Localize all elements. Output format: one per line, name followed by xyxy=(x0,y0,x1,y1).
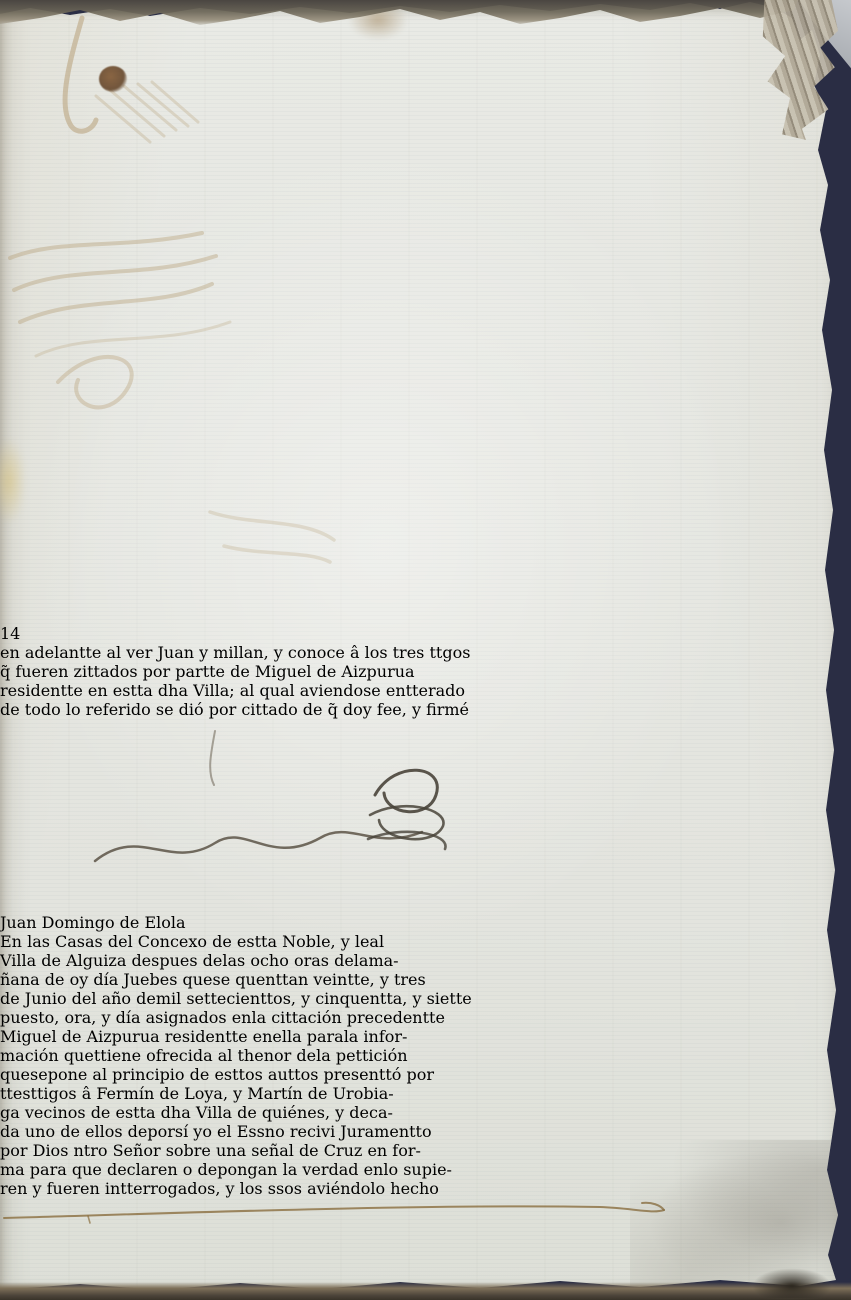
scanned-manuscript-page: 14 en adelantte al ver Juan y millan, y … xyxy=(0,0,851,1300)
manuscript-line: ñana de oy día Juebes quese quenttan vei… xyxy=(0,970,851,989)
manuscript-line: quesepone al principio de esttos auttos … xyxy=(0,1065,851,1084)
bottom-page-edge xyxy=(0,1282,851,1300)
manuscript-line: Miguel de Aizpurua residentte enella par… xyxy=(0,1027,851,1046)
manuscript-line: da uno de ellos deporsí yo el Essno reci… xyxy=(0,1122,851,1141)
bottom-edge-shadow xyxy=(752,1268,832,1298)
pen-rule-line xyxy=(0,1198,680,1228)
manuscript-line: de Junio del año demil settecienttos, y … xyxy=(0,989,851,1008)
manuscript-line: En las Casas del Concexo de estta Noble,… xyxy=(0,932,851,951)
manuscript-line: residentte en estta dha Villa; al qual a… xyxy=(0,681,851,700)
ink-blot-stain xyxy=(99,66,127,92)
signature-name: Juan Domingo de Elola xyxy=(0,913,851,932)
signature-rubric-flourish xyxy=(0,719,460,909)
manuscript-line: de todo lo referido se dió por cittado d… xyxy=(0,700,851,719)
mid-left-faint-stain xyxy=(56,608,134,686)
manuscript-line: ga vecinos de estta dha Villa de quiénes… xyxy=(0,1103,851,1122)
manuscript-line: ttesttigos â Fermín de Loya, y Martín de… xyxy=(0,1084,851,1103)
ink-offset-ghost-marks xyxy=(0,0,440,620)
manuscript-line: puesto, ora, y día asignados enla cittac… xyxy=(0,1008,851,1027)
manuscript-paper: 14 en adelantte al ver Juan y millan, y … xyxy=(0,0,851,1300)
manuscript-line: Villa de Alguiza despues delas ocho oras… xyxy=(0,951,851,970)
manuscript-line: mación quettiene ofrecida al thenor dela… xyxy=(0,1046,851,1065)
